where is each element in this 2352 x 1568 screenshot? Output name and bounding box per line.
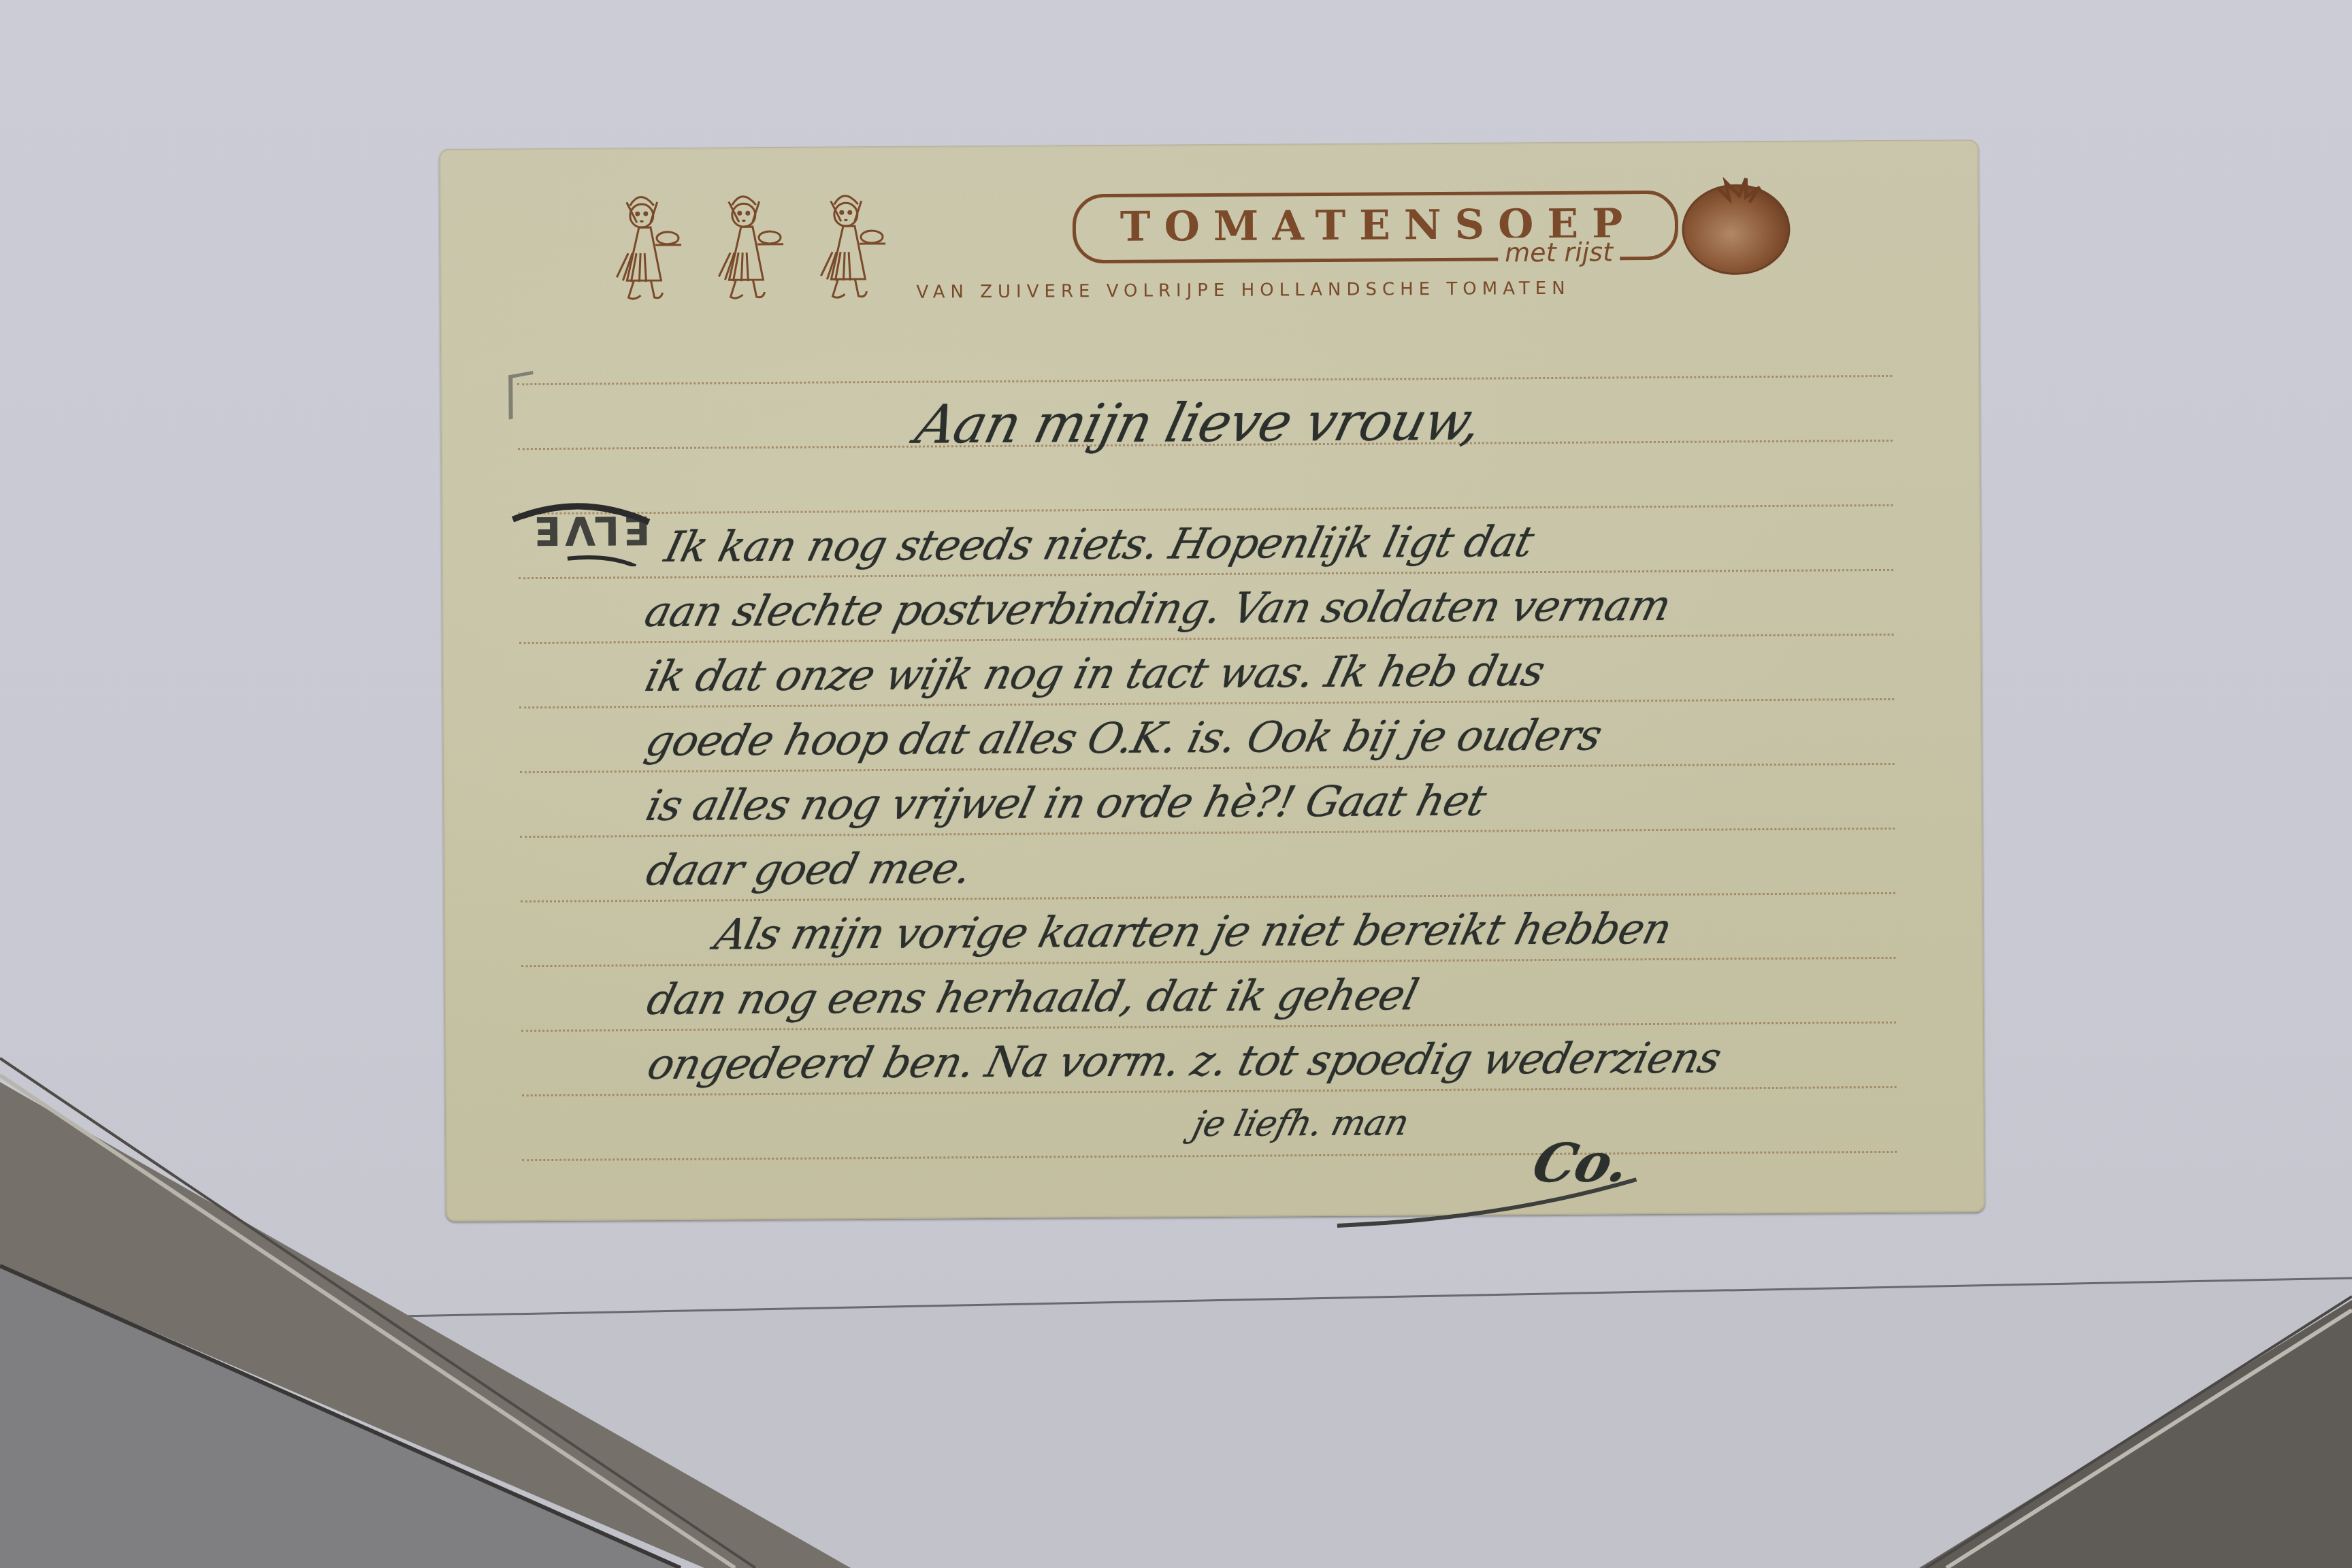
photo-scene: TOMATENSOEP met rijst VAN ZUIVERE VOLRIJ…: [0, 0, 2352, 1568]
dutch-girl-icon: [821, 195, 886, 297]
letter-line: is alles nog vrijwel in orde hè?! Gaat h…: [641, 776, 1490, 831]
letter-line: Ik kan nog steeds niets. Hopenlijk ligt …: [660, 517, 1539, 572]
letter-line: ongedeerd ben. Na vorm. z. tot spoedig w…: [643, 1032, 1726, 1089]
letter-line: Als mijn vorige kaarten je niet bereikt …: [710, 904, 1676, 960]
letter-line: goede hoop dat alles O.K. is. Ook bij je…: [641, 710, 1607, 766]
stamp-fragment: [508, 371, 533, 420]
signature-underline: [1330, 1176, 1670, 1232]
dutch-girl-icon: [617, 197, 682, 299]
letter-line: aan slechte postverbinding. Van soldaten…: [640, 581, 1675, 636]
dutch-girl-icon: [719, 196, 784, 298]
letter-line: ik dat onze wijk nog in tact was. Ik heb…: [640, 646, 1550, 701]
dutch-girls-illustration: [613, 184, 927, 322]
ruled-line: [517, 375, 1892, 385]
postmark-text: ELVE: [529, 507, 651, 554]
postcard: TOMATENSOEP met rijst VAN ZUIVERE VOLRIJ…: [439, 140, 1985, 1222]
brand-subtitle: met rijst: [1498, 237, 1620, 267]
letter-line: daar goed mee.: [642, 843, 977, 895]
letter-line: dan nog eens herhaald, dat ik geheel: [642, 970, 1422, 1024]
letter-closing: je liefh. man: [1189, 1102, 1413, 1145]
tomato-icon: [1678, 168, 1794, 278]
ruled-line: [522, 1151, 1897, 1161]
ruled-line: [518, 504, 1893, 514]
salutation: Aan mijn lieve vrouw,: [910, 391, 1488, 456]
brand-tagline: VAN ZUIVERE VOLRIJPE HOLLANDSCHE TOMATEN: [916, 278, 1570, 303]
